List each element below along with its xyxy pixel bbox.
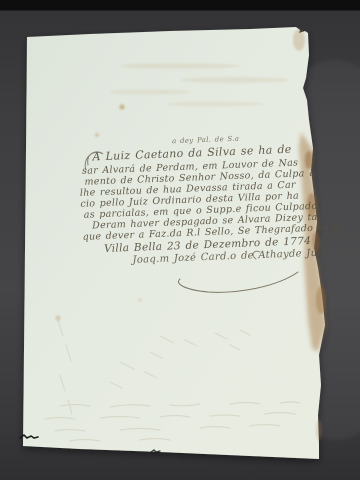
- photo-of-manuscript: { "photo": { "colors": { "backdrop": "#3…: [0, 0, 360, 480]
- photo-backdrop: a dey Pal. de S.a A Luiz Caetano da Silv…: [0, 0, 360, 480]
- interlinear-note: a dey Pal. de S.a: [172, 135, 240, 146]
- handwritten-text-block: a dey Pal. de S.a A Luiz Caetano da Silv…: [76, 133, 332, 292]
